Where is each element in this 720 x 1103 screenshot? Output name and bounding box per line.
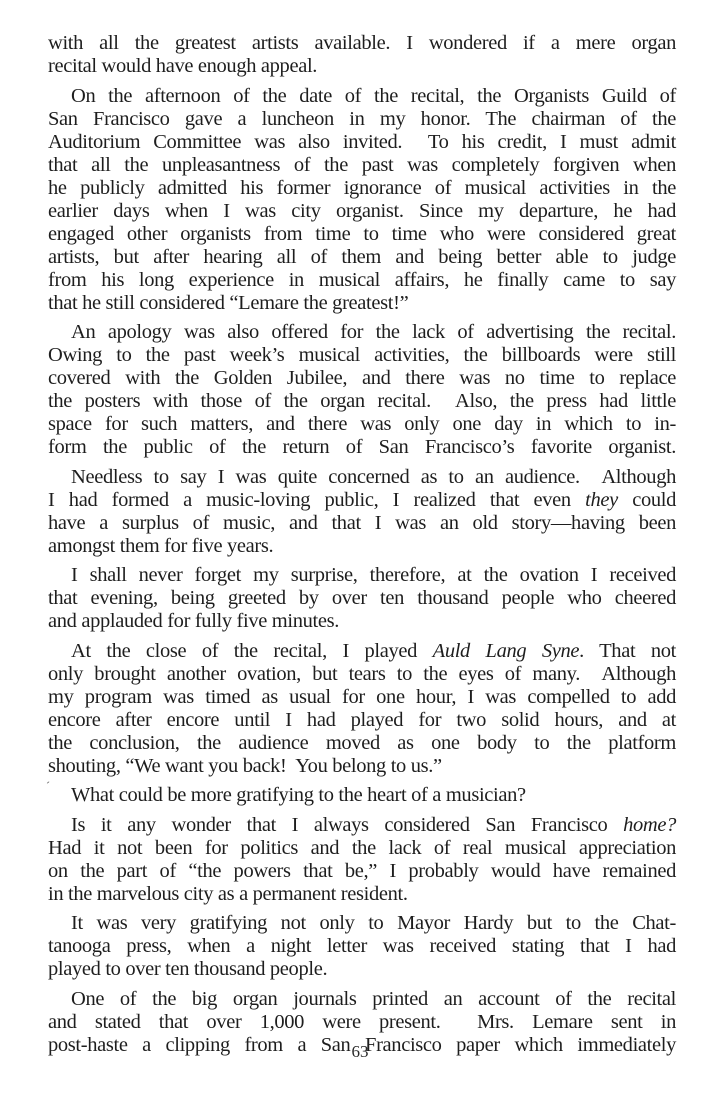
paragraph-7: What could be more gratifying to the hea…: [48, 784, 676, 807]
text-line: Owing to the past week’s musical activit…: [48, 344, 676, 367]
paragraph-2: On the afternoon of the date of the reci…: [48, 85, 676, 315]
text-line: amongst them for five years.: [48, 535, 676, 558]
text-line: and stated that over 1,000 were present.…: [48, 1011, 676, 1034]
text-line: At the close of the recital, I played Au…: [48, 640, 676, 663]
text-run: have a surplus of music, and that I was …: [48, 512, 676, 534]
text-run: Needless to say I was quite concerned as…: [71, 466, 676, 488]
text-line: and applauded for fully five minutes.: [48, 610, 676, 633]
text-line: Had it not been for politics and the lac…: [48, 837, 676, 860]
page-number: 63: [0, 1042, 720, 1062]
text-line: On the afternoon of the date of the reci…: [48, 85, 676, 108]
text-line: that all the unpleasantness of the past …: [48, 154, 676, 177]
text-line: he publicly admitted his former ignoranc…: [48, 177, 676, 200]
text-line: encore after encore until I had played f…: [48, 709, 676, 732]
text-run: encore after encore until I had played f…: [48, 709, 676, 731]
text-run: in the marvelous city as a permanent res…: [48, 883, 408, 905]
text-line: in the marvelous city as a permanent res…: [48, 883, 676, 906]
text-run: amongst them for five years.: [48, 535, 273, 557]
text-line: Needless to say I was quite concerned as…: [48, 466, 676, 489]
text-line: I had formed a music-loving public, I re…: [48, 489, 676, 512]
text-line: only brought another ovation, but tears …: [48, 663, 676, 686]
book-page-body: with all the greatest artists available.…: [48, 32, 676, 1063]
italic-text-run: they: [585, 489, 618, 511]
paragraph-9: It was very gratifying not only to Mayor…: [48, 912, 676, 981]
text-line: played to over ten thousand people.: [48, 958, 676, 981]
paragraph-1: with all the greatest artists available.…: [48, 32, 676, 78]
paragraph-4: Needless to say I was quite concerned as…: [48, 466, 676, 558]
text-line: with all the greatest artists available.…: [48, 32, 676, 55]
text-run: the conclusion, the audience moved as on…: [48, 732, 676, 754]
text-line: the conclusion, the audience moved as on…: [48, 732, 676, 755]
paragraph-8: Is it any wonder that I always considere…: [48, 814, 676, 906]
text-line: engaged other organists from time to tim…: [48, 223, 676, 246]
paragraph-6: At the close of the recital, I played Au…: [48, 640, 676, 778]
text-line: An apology was also offered for the lack…: [48, 321, 676, 344]
text-line: covered with the Golden Jubilee, and the…: [48, 367, 676, 390]
text-run: . That not: [579, 640, 676, 662]
italic-song-title: Auld Lang Syne: [433, 640, 580, 662]
text-line: artists, but after hearing all of them a…: [48, 246, 676, 269]
text-run: I had formed a music-loving public, I re…: [48, 489, 585, 511]
text-run: on the part of “the powers that be,” I p…: [48, 860, 676, 882]
text-line: One of the big organ journals printed an…: [48, 988, 676, 1011]
text-line: What could be more gratifying to the hea…: [48, 784, 676, 807]
text-run: Is it any wonder that I always considere…: [71, 814, 623, 836]
text-line: Is it any wonder that I always considere…: [48, 814, 676, 837]
text-line: the posters with those of the organ reci…: [48, 390, 676, 413]
italic-text-run: home?: [623, 814, 676, 836]
text-run: my program was timed as usual for one ho…: [48, 686, 676, 708]
text-line: from his long experience in musical affa…: [48, 269, 676, 292]
text-line: that he still considered “Lemare the gre…: [48, 292, 676, 315]
text-run: Had it not been for politics and the lac…: [48, 837, 676, 859]
text-line: recital would have enough appeal.: [48, 55, 676, 78]
text-line: on the part of “the powers that be,” I p…: [48, 860, 676, 883]
text-line: I shall never forget my surprise, theref…: [48, 564, 676, 587]
text-line: tanooga press, when a night letter was r…: [48, 935, 676, 958]
text-line: have a surplus of music, and that I was …: [48, 512, 676, 535]
text-line: space for such matters, and there was on…: [48, 413, 676, 436]
text-line: San Francisco gave a luncheon in my hono…: [48, 108, 676, 131]
text-run: could: [618, 489, 676, 511]
text-line: Auditorium Committee was also invited. T…: [48, 131, 676, 154]
paragraph-3: An apology was also offered for the lack…: [48, 321, 676, 459]
text-line: form the public of the return of San Fra…: [48, 436, 676, 459]
text-run: shouting, “We want you back! You belong …: [48, 755, 442, 777]
text-line: that evening, being greeted by over ten …: [48, 587, 676, 610]
text-run: At the close of the recital, I played: [71, 640, 433, 662]
paragraph-5: I shall never forget my surprise, theref…: [48, 564, 676, 633]
text-line: It was very gratifying not only to Mayor…: [48, 912, 676, 935]
text-line: my program was timed as usual for one ho…: [48, 686, 676, 709]
text-line: earlier days when I was city organist. S…: [48, 200, 676, 223]
scan-mark: ˊ: [46, 779, 50, 794]
text-run: only brought another ovation, but tears …: [48, 663, 676, 685]
text-line: shouting, “We want you back! You belong …: [48, 755, 676, 778]
